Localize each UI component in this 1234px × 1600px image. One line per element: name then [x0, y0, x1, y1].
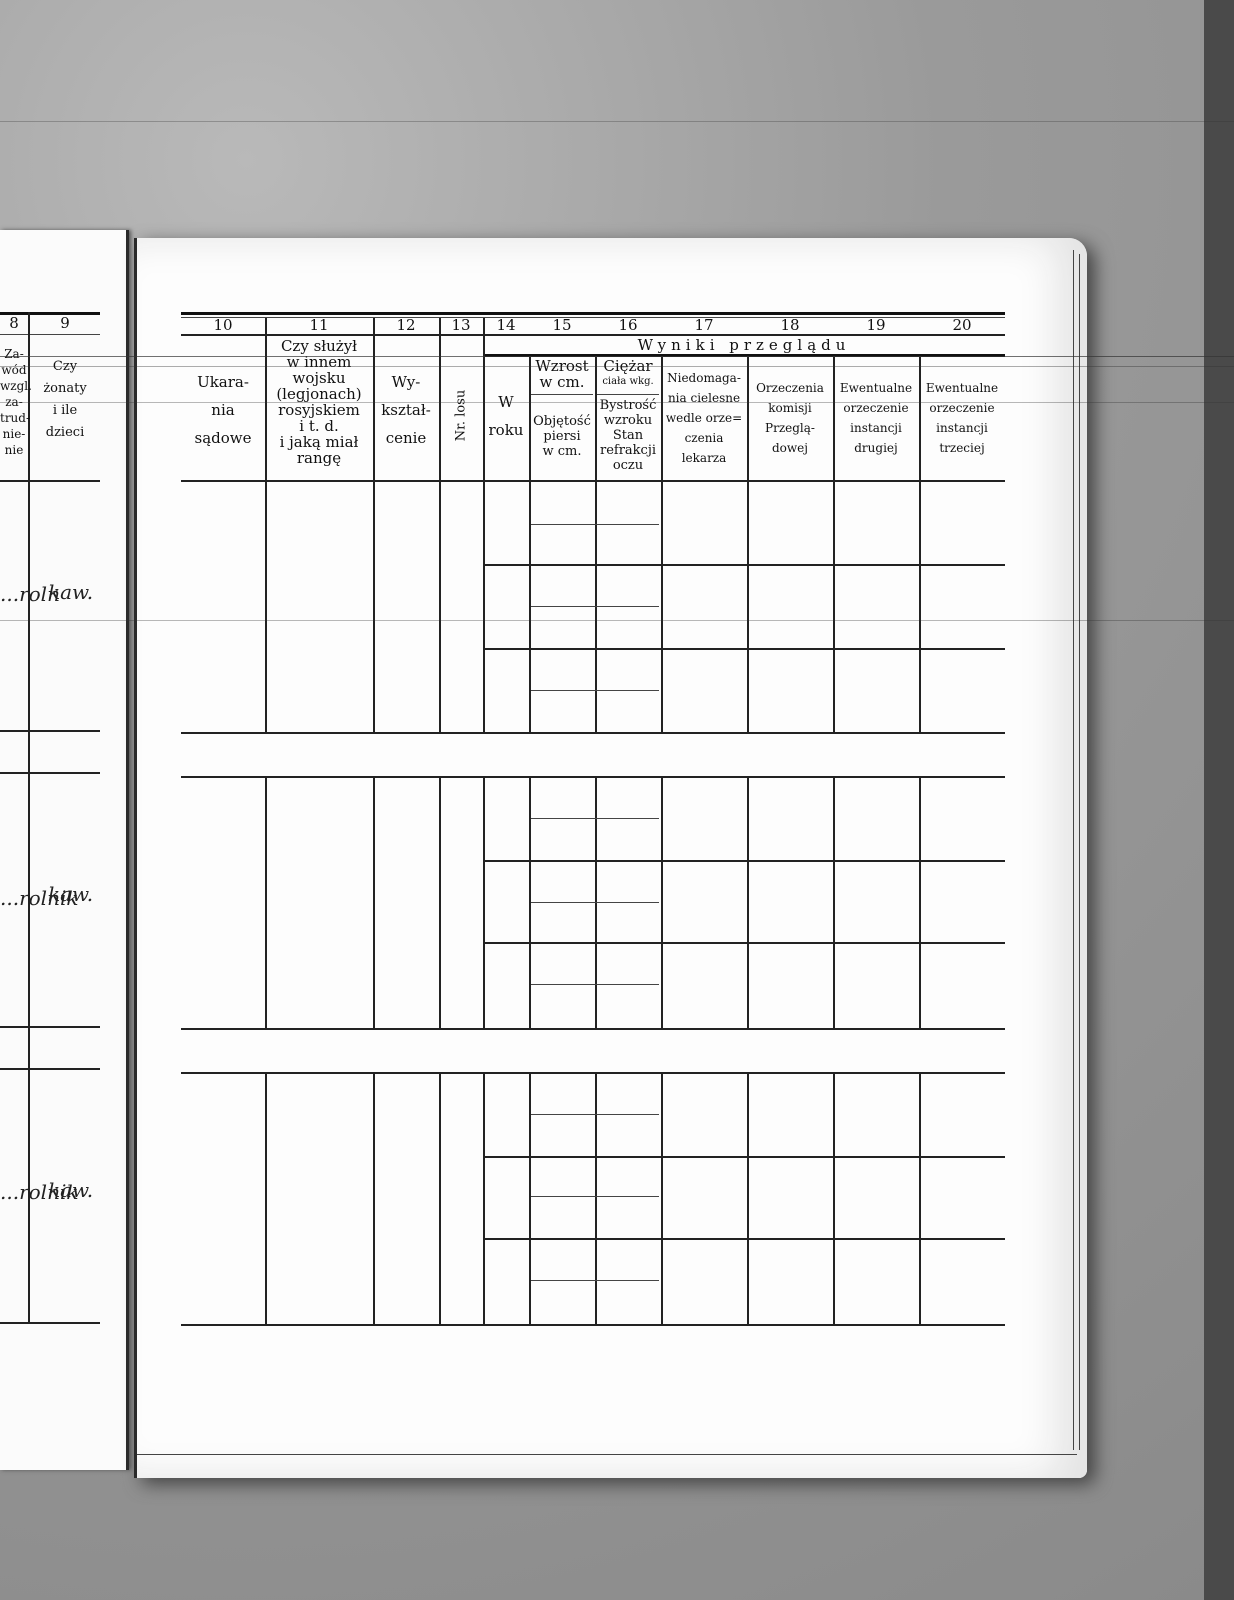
col-header-9: Czy żonaty i ile dzieci [30, 356, 100, 444]
right-page: 10 11 12 13 14 15 16 17 18 19 20 Wyniki … [134, 238, 1087, 1478]
col-number-17: 17 [661, 316, 747, 334]
scan-artifact-line [0, 366, 1234, 367]
col-number-9: 9 [30, 314, 100, 332]
col-number-13: 13 [439, 316, 483, 334]
col-number-14: 14 [483, 316, 529, 334]
col-header-16-top: Ciężar ciała wkg. [595, 358, 661, 390]
col-number-18: 18 [747, 316, 833, 334]
col-header-13: Nr. losu [454, 388, 469, 444]
col-header-19: Ewentualne orzeczenie instancji drugiej [833, 378, 919, 458]
left-page: 8 9 Za- wód wzgl. za- trud- nie- nie Czy… [0, 230, 129, 1470]
col-number-12: 12 [373, 316, 439, 334]
col-number-11: 11 [265, 316, 373, 334]
col-header-15-bottom: Objętość piersi w cm. [529, 414, 595, 459]
col-header-12: Wy- kształ- cenie [373, 368, 439, 452]
col-header-10: Ukara- nia sądowe [181, 368, 265, 452]
col-header-14: W roku [483, 388, 529, 444]
bottom-rule [181, 1324, 1005, 1326]
entry-1-marital: kaw. [48, 580, 93, 604]
col-header-16-bottom: Bystrość wzroku Stan refrakcji oczu [595, 398, 661, 473]
entry-2-marital: kaw. [48, 882, 93, 906]
col-header-17: Niedomaga- nia cielesne wedle orze= czen… [661, 368, 747, 468]
col-number-19: 19 [833, 316, 919, 334]
header-bottom-rule [181, 480, 1005, 482]
scan-artifact-line [0, 356, 1234, 357]
scan-dark-edge [1204, 0, 1234, 1600]
col-number-20: 20 [919, 316, 1005, 334]
col-header-20: Ewentualne orzeczenie instancji trzeciej [919, 378, 1005, 458]
top-rule [181, 312, 1005, 315]
scan-artifact-line [0, 121, 1234, 122]
col-number-10: 10 [181, 316, 265, 334]
col-number-8: 8 [0, 314, 28, 332]
col-number-16: 16 [595, 316, 661, 334]
col-header-15-top: Wzrost w cm. [529, 358, 595, 390]
col-header-18: Orzeczenia komisji Przeglą- dowej [747, 378, 833, 458]
group-header-wyniki: Wyniki przeglądu [483, 336, 1005, 354]
col-number-15: 15 [529, 316, 595, 334]
scan-artifact-line [0, 620, 1234, 621]
entry-3-marital: kaw. [48, 1178, 93, 1202]
scan-artifact-line [0, 402, 1234, 403]
